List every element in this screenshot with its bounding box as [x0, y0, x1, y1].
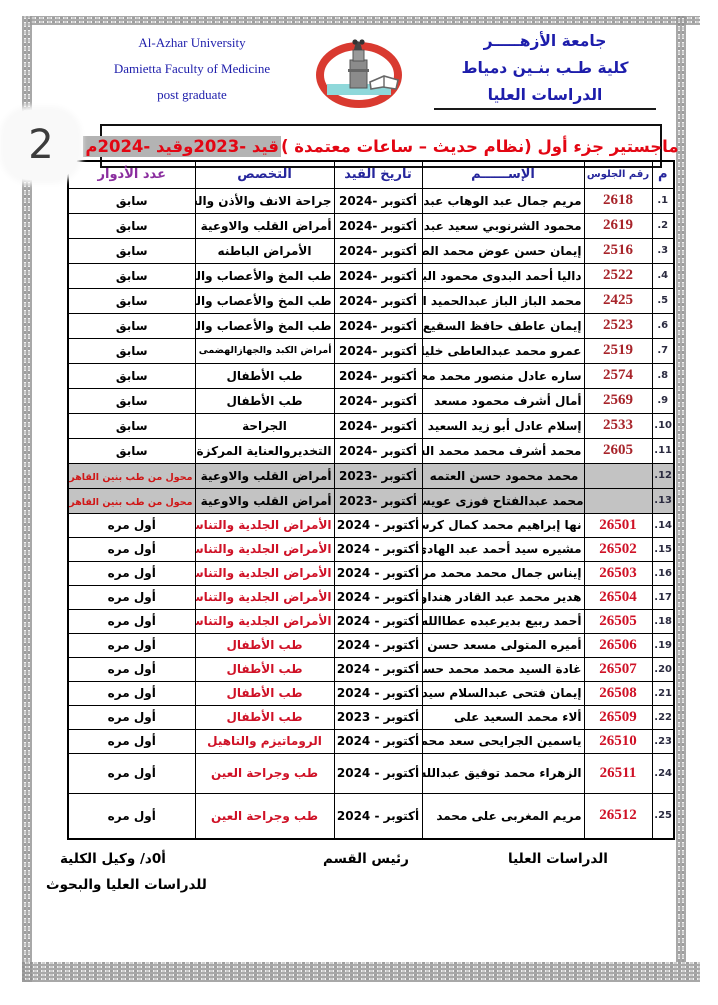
cell-registration-date: أكتوبر - 2024: [334, 729, 422, 753]
cell-specialty: أمراض القلب والاوعية الدموية: [195, 488, 334, 513]
cell-rounds: أول مره: [68, 513, 195, 537]
cell-rounds: أول مره: [68, 657, 195, 681]
cell-rounds: أول مره: [68, 705, 195, 729]
cell-student-name: إيمان فتحى عبدالسلام سيد أحمد: [422, 681, 584, 705]
cell-seat-number: 26505: [584, 609, 652, 633]
cell-student-name: محمد محمود حسن العتمه: [422, 463, 584, 488]
cell-specialty: الأمراض الباطنه: [195, 238, 334, 263]
table-row: 7.2519عمرو محمد عبدالعاطى خليل السقاأكتو…: [68, 338, 674, 363]
cell-index: 7.: [652, 338, 674, 363]
cell-student-name: محمود الشرنوبي سعيد عبد الجواد: [422, 213, 584, 238]
cell-seat-number: 26501: [584, 513, 652, 537]
cell-registration-date: أكتوبر - 2024: [334, 537, 422, 561]
cell-rounds: أول مره: [68, 561, 195, 585]
footer-dean-title: أ0د/ وكيل الكلية: [60, 851, 166, 867]
cell-rounds: سابق: [68, 213, 195, 238]
cell-student-name: مشيره سيد أحمد عبد الهادي زين الدين: [422, 537, 584, 561]
cell-index: 1.: [652, 188, 674, 213]
cell-seat-number: [584, 463, 652, 488]
cell-specialty: الأمراض الجلدية والتناسلية: [195, 561, 334, 585]
cell-registration-date: أكتوبر -2024: [334, 413, 422, 438]
transfer-note: محول من طب بنين القاهره: [68, 497, 193, 508]
table-row: 6.2523إيمان عاطف حافظ السقيع طاحونأكتوبر…: [68, 313, 674, 338]
table-header-row: م رقم الجلوس الإســــــم تاريخ القيد الت…: [68, 161, 674, 188]
cell-specialty: الروماتيزم والتاهيل: [195, 729, 334, 753]
table-row: 1.2618مريم جمال عبد الوهاب عبد الغفارأكت…: [68, 188, 674, 213]
cell-rounds: أول مره: [68, 793, 195, 839]
cell-specialty: التخديروالعناية المركزة وعلاج الألم: [195, 438, 334, 463]
cell-registration-date: أكتوبر -2023: [334, 463, 422, 488]
page-number-badge: 2: [4, 110, 78, 180]
cell-registration-date: أكتوبر -2024: [334, 363, 422, 388]
cell-index: 6.: [652, 313, 674, 338]
cell-seat-number: 26502: [584, 537, 652, 561]
cell-index: 15.: [652, 537, 674, 561]
cell-rounds: محول من طب بنين القاهره ( سابق ): [68, 463, 195, 488]
cell-registration-date: أكتوبر -2024: [334, 338, 422, 363]
cell-specialty: أمراض الكبد والجهازالهضمى والأمراض المعد…: [195, 338, 334, 363]
cell-seat-number: 26512: [584, 793, 652, 839]
column-header-registration-date: تاريخ القيد: [334, 161, 422, 188]
table-row: 21.26508إيمان فتحى عبدالسلام سيد أحمدأكت…: [68, 681, 674, 705]
cell-index: 13.: [652, 488, 674, 513]
faculty-name-ar: كلية طـب بنـين دمياط: [428, 55, 662, 82]
cell-specialty: جراحة الانف والأذن والحنجرة: [195, 188, 334, 213]
cell-rounds: أول مره: [68, 609, 195, 633]
cell-index: 18.: [652, 609, 674, 633]
english-header: Al-Azhar University Damietta Faculty of …: [92, 30, 292, 108]
cell-student-name: إسلام عادل أبو زيد السعيد السعدنى: [422, 413, 584, 438]
cell-specialty: الأمراض الجلدية والتناسلية: [195, 513, 334, 537]
cell-seat-number: 2605: [584, 438, 652, 463]
cell-rounds: أول مره: [68, 681, 195, 705]
cell-specialty: الأمراض الجلدية والتناسلية: [195, 585, 334, 609]
cell-student-name: غادة السيد محمد محمد حسن: [422, 657, 584, 681]
transfer-note: محول من طب بنين القاهره: [68, 472, 193, 483]
cell-rounds: سابق: [68, 238, 195, 263]
cell-seat-number: 2522: [584, 263, 652, 288]
table-row: 14.26501نها إبراهيم محمد كمال كرسونأكتوب…: [68, 513, 674, 537]
cell-student-name: محمد عبدالفتاح فوزى عويس: [422, 488, 584, 513]
cell-index: 23.: [652, 729, 674, 753]
cell-specialty: طب المخ والأعصاب والطب النفسى: [195, 288, 334, 313]
table-row: 15.26502مشيره سيد أحمد عبد الهادي زين ال…: [68, 537, 674, 561]
cell-index: 5.: [652, 288, 674, 313]
cell-index: 10.: [652, 413, 674, 438]
cell-index: 22.: [652, 705, 674, 729]
cell-rounds: أول مره: [68, 633, 195, 657]
cell-seat-number: 26510: [584, 729, 652, 753]
cell-rounds: سابق: [68, 438, 195, 463]
cell-registration-date: أكتوبر -2024: [334, 263, 422, 288]
cell-student-name: إيناس جمال محمد محمد مرير: [422, 561, 584, 585]
cell-student-name: ساره عادل منصور محمد محمد: [422, 363, 584, 388]
cell-index: 16.: [652, 561, 674, 585]
cell-seat-number: 2574: [584, 363, 652, 388]
scanned-document-page: { "page_number": "2", "header": { "engli…: [0, 0, 718, 1005]
table-row: 12.محمد محمود حسن العتمهأكتوبر -2023أمرا…: [68, 463, 674, 488]
cell-student-name: أحمد ربيع بديرعبده عطاالله: [422, 609, 584, 633]
cell-specialty: طب وجراحة العين: [195, 753, 334, 793]
faculty-name-en: Damietta Faculty of Medicine: [92, 56, 292, 82]
cell-student-name: ياسمين الجرايحى سعد محمود المرسى: [422, 729, 584, 753]
page-number: 2: [28, 122, 53, 168]
column-header-specialty: التخصص: [195, 161, 334, 188]
cell-seat-number: [584, 488, 652, 513]
cell-seat-number: 26509: [584, 705, 652, 729]
cell-seat-number: 26511: [584, 753, 652, 793]
cell-index: 3.: [652, 238, 674, 263]
cell-specialty: طب الأطفال: [195, 657, 334, 681]
cell-specialty: طب المخ والأعصاب والطب النفسى: [195, 313, 334, 338]
cell-seat-number: 26508: [584, 681, 652, 705]
cell-seat-number: 2516: [584, 238, 652, 263]
cell-seat-number: 2619: [584, 213, 652, 238]
cell-registration-date: أكتوبر - 2024: [334, 753, 422, 793]
column-header-seat-number: رقم الجلوس: [584, 161, 652, 188]
cell-registration-date: أكتوبر - 2024: [334, 633, 422, 657]
cell-student-name: أميره المتولى مسعد حسن: [422, 633, 584, 657]
table-row: 20.26507غادة السيد محمد محمد حسنأكتوبر -…: [68, 657, 674, 681]
cell-seat-number: 26503: [584, 561, 652, 585]
cell-specialty: طب وجراحة العين: [195, 793, 334, 839]
cell-index: 24.: [652, 753, 674, 793]
cell-seat-number: 2569: [584, 388, 652, 413]
table-row: 24.26511الزهراء محمد توفيق عبداللهأكتوبر…: [68, 753, 674, 793]
cell-seat-number: 26504: [584, 585, 652, 609]
table-row: 22.26509ألاء محمد السعيد علىأكتوبر - 202…: [68, 705, 674, 729]
graduate-studies-ar: الدراسات العليا: [428, 82, 662, 109]
cell-index: 4.: [652, 263, 674, 288]
table-row: 16.26503إيناس جمال محمد محمد مريرأكتوبر …: [68, 561, 674, 585]
cell-rounds: سابق: [68, 188, 195, 213]
cell-registration-date: أكتوبر -2024: [334, 213, 422, 238]
cell-seat-number: 2533: [584, 413, 652, 438]
cell-student-name: إيمان عاطف حافظ السقيع طاحون: [422, 313, 584, 338]
cell-rounds: سابق: [68, 313, 195, 338]
cell-rounds: محول من طب بنين القاهره ( سابق ): [68, 488, 195, 513]
cell-student-name: مريم جمال عبد الوهاب عبد الغفار: [422, 188, 584, 213]
cell-student-name: الزهراء محمد توفيق عبدالله: [422, 753, 584, 793]
table-row: 2.2619محمود الشرنوبي سعيد عبد الجوادأكتو…: [68, 213, 674, 238]
cell-student-name: ألاء محمد السعيد على: [422, 705, 584, 729]
cell-student-name: أمال أشرف محمود مسعد: [422, 388, 584, 413]
cell-seat-number: 2618: [584, 188, 652, 213]
table-row: 19.26506أميره المتولى مسعد حسنأكتوبر - 2…: [68, 633, 674, 657]
cell-registration-date: أكتوبر - 2023: [334, 705, 422, 729]
table-row: 13.محمد عبدالفتاح فوزى عويسأكتوبر -2023أ…: [68, 488, 674, 513]
cell-seat-number: 26507: [584, 657, 652, 681]
cell-rounds: أول مره: [68, 729, 195, 753]
table-row: 8.2574ساره عادل منصور محمد محمدأكتوبر -2…: [68, 363, 674, 388]
cell-rounds: سابق: [68, 263, 195, 288]
postgraduate-label-en: post graduate: [92, 82, 292, 108]
cell-index: 14.: [652, 513, 674, 537]
cell-registration-date: أكتوبر -2024: [334, 188, 422, 213]
cell-specialty: طب الأطفال: [195, 388, 334, 413]
cell-registration-date: أكتوبر - 2024: [334, 681, 422, 705]
cell-rounds: سابق: [68, 413, 195, 438]
cell-registration-date: أكتوبر - 2024: [334, 561, 422, 585]
cell-specialty: الجراحة: [195, 413, 334, 438]
cell-index: 25.: [652, 793, 674, 839]
university-name-ar: جامعة الأزهـــــر: [428, 28, 662, 55]
cell-registration-date: أكتوبر - 2024: [334, 657, 422, 681]
cell-rounds: أول مره: [68, 753, 195, 793]
cell-rounds: سابق: [68, 363, 195, 388]
university-name-en: Al-Azhar University: [92, 30, 292, 56]
table-row: 18.26505أحمد ربيع بديرعبده عطااللهأكتوبر…: [68, 609, 674, 633]
table-row: 10.2533إسلام عادل أبو زيد السعيد السعدنى…: [68, 413, 674, 438]
page-border-right: [676, 16, 686, 962]
cell-index: 20.: [652, 657, 674, 681]
cell-specialty: أمراض القلب والاوعية الدموية: [195, 213, 334, 238]
cell-index: 11.: [652, 438, 674, 463]
cell-specialty: طب الأطفال: [195, 363, 334, 388]
cell-index: 17.: [652, 585, 674, 609]
cell-registration-date: أكتوبر -2024: [334, 388, 422, 413]
table-row: 9.2569أمال أشرف محمود مسعدأكتوبر -2024طب…: [68, 388, 674, 413]
cell-student-name: عمرو محمد عبدالعاطى خليل السقا: [422, 338, 584, 363]
footer-graduate-studies: الدراسات العليا: [508, 851, 608, 867]
table-row: 11.2605محمد أشرف محمد محمد الشامىأكتوبر …: [68, 438, 674, 463]
cell-student-name: محمد أشرف محمد محمد الشامى: [422, 438, 584, 463]
cell-specialty: أمراض القلب والاوعية الدموية: [195, 463, 334, 488]
page-border-bottom: [22, 962, 700, 982]
cell-rounds: سابق: [68, 288, 195, 313]
cell-index: 2.: [652, 213, 674, 238]
cell-specialty: طب المخ والأعصاب والطب النفسى: [195, 263, 334, 288]
column-header-name: الإســــــم: [422, 161, 584, 188]
column-header-rounds: عدد الأدوار: [68, 161, 195, 188]
cell-student-name: هدير محمد عبد القادر هنداوى: [422, 585, 584, 609]
students-table: م رقم الجلوس الإســــــم تاريخ القيد الت…: [67, 160, 675, 840]
arabic-header: جامعة الأزهـــــر كلية طـب بنـين دمياط ا…: [428, 28, 662, 109]
cell-specialty: طب الأطفال: [195, 705, 334, 729]
cell-registration-date: أكتوبر -2024: [334, 438, 422, 463]
cell-specialty: الأمراض الجلدية والتناسلية: [195, 537, 334, 561]
cell-index: 19.: [652, 633, 674, 657]
cell-rounds: أول مره: [68, 537, 195, 561]
cell-specialty: طب الأطفال: [195, 633, 334, 657]
page-border-top: [28, 16, 700, 25]
cell-rounds: سابق: [68, 388, 195, 413]
table-row: 4.2522داليا أحمد البدوى محمود البازأكتوب…: [68, 263, 674, 288]
cell-registration-date: أكتوبر - 2024: [334, 585, 422, 609]
cell-registration-date: أكتوبر -2024: [334, 238, 422, 263]
table-row: 5.2425محمد الباز الباز عبدالحميد البازأك…: [68, 288, 674, 313]
cell-seat-number: 26506: [584, 633, 652, 657]
cell-seat-number: 2425: [584, 288, 652, 313]
cell-specialty: الأمراض الجلدية والتناسلية: [195, 609, 334, 633]
cell-student-name: محمد الباز الباز عبدالحميد الباز: [422, 288, 584, 313]
cell-registration-date: أكتوبر - 2024: [334, 609, 422, 633]
cell-index: 8.: [652, 363, 674, 388]
column-header-index: م: [652, 161, 674, 188]
cell-rounds: سابق: [68, 338, 195, 363]
table-row: 23.26510ياسمين الجرايحى سعد محمود المرسى…: [68, 729, 674, 753]
cell-student-name: نها إبراهيم محمد كمال كرسون: [422, 513, 584, 537]
cell-student-name: مريم المغربى على محمد: [422, 793, 584, 839]
cell-rounds: أول مره: [68, 585, 195, 609]
footer-department-head: رئيس القسم: [323, 851, 409, 867]
cell-student-name: داليا أحمد البدوى محمود الباز: [422, 263, 584, 288]
cell-seat-number: 2519: [584, 338, 652, 363]
table-row: 17.26504هدير محمد عبد القادر هنداوىأكتوب…: [68, 585, 674, 609]
cell-registration-date: أكتوبر -2024: [334, 288, 422, 313]
table-row: 25.26512مريم المغربى على محمدأكتوبر - 20…: [68, 793, 674, 839]
cell-registration-date: أكتوبر - 2024: [334, 513, 422, 537]
table-row: 3.2516إيمان حسن عوض محمد الصعيدىأكتوبر -…: [68, 238, 674, 263]
cell-index: 12.: [652, 463, 674, 488]
header-underline: [434, 108, 656, 110]
cell-seat-number: 2523: [584, 313, 652, 338]
university-logo-icon: [314, 36, 406, 112]
footer-dean-subtitle: للدراسات العليا والبحوث: [46, 877, 207, 893]
title-text: ماجستير جزء أول (نظام حديث – ساعات معتمد…: [281, 137, 679, 156]
cell-index: 21.: [652, 681, 674, 705]
cell-registration-date: أكتوبر -2023: [334, 488, 422, 513]
cell-registration-date: أكتوبر - 2024: [334, 793, 422, 839]
cell-specialty: طب الأطفال: [195, 681, 334, 705]
cell-registration-date: أكتوبر -2024: [334, 313, 422, 338]
title-highlight: قيد -2023وقيد -2024م: [83, 136, 281, 157]
cell-student-name: إيمان حسن عوض محمد الصعيدى: [422, 238, 584, 263]
cell-index: 9.: [652, 388, 674, 413]
